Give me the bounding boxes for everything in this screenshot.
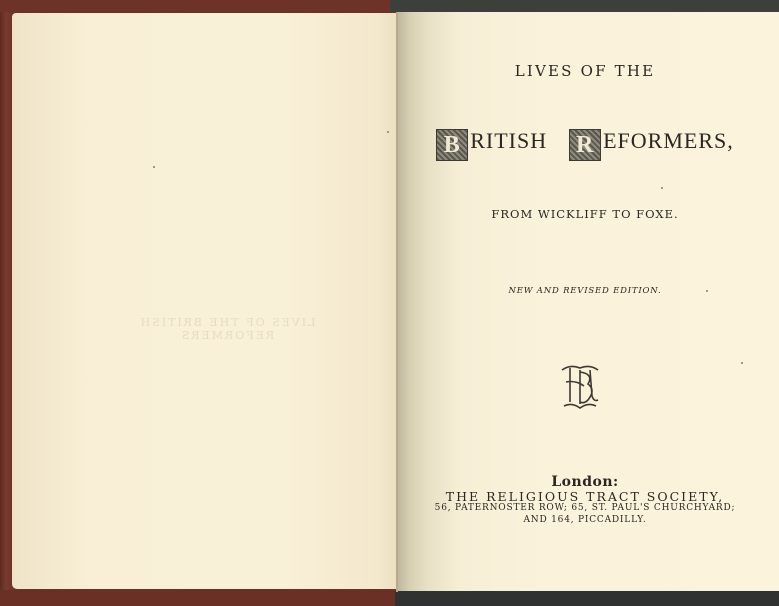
monogram-ornament-icon	[556, 362, 604, 412]
decorated-initial-r: R	[569, 129, 601, 161]
left-blank-page: LIVES OF THE BRITISH REFORMERS	[12, 13, 398, 589]
scanner-background-bottom	[395, 591, 779, 606]
scanner-background-top	[390, 0, 779, 12]
paper-speck	[706, 290, 708, 292]
imprint-city: London:	[390, 474, 779, 490]
title-line-lives-of-the: LIVES OF THE	[390, 62, 779, 80]
cover-bottom-edge	[0, 590, 400, 606]
imprint-address-line2: AND 164, PICCADILLY.	[390, 515, 779, 525]
cover-top-edge	[0, 0, 400, 12]
paper-speck	[153, 166, 155, 168]
paper-speck	[387, 131, 389, 133]
edition-note: NEW AND REVISED EDITION.	[390, 286, 779, 296]
paper-speck	[661, 187, 663, 189]
paper-speck	[741, 362, 743, 364]
title-word-british: RITISH	[470, 128, 547, 153]
subtitle: FROM WICKLIFF TO FOXE.	[390, 207, 779, 221]
imprint-publisher: THE RELIGIOUS TRACT SOCIETY,	[390, 489, 779, 504]
bleed-through-text: LIVES OF THE BRITISH REFORMERS	[102, 316, 352, 330]
title-word-reformers: EFORMERS,	[603, 128, 734, 153]
decorated-initial-b: B	[436, 129, 468, 161]
book-scan: LIVES OF THE BRITISH REFORMERS LIVES OF …	[0, 0, 779, 606]
main-title: BRITISHREFORMERS,	[390, 128, 779, 161]
imprint-address-line1: 56, PATERNOSTER ROW; 65, ST. PAUL'S CHUR…	[390, 503, 779, 513]
